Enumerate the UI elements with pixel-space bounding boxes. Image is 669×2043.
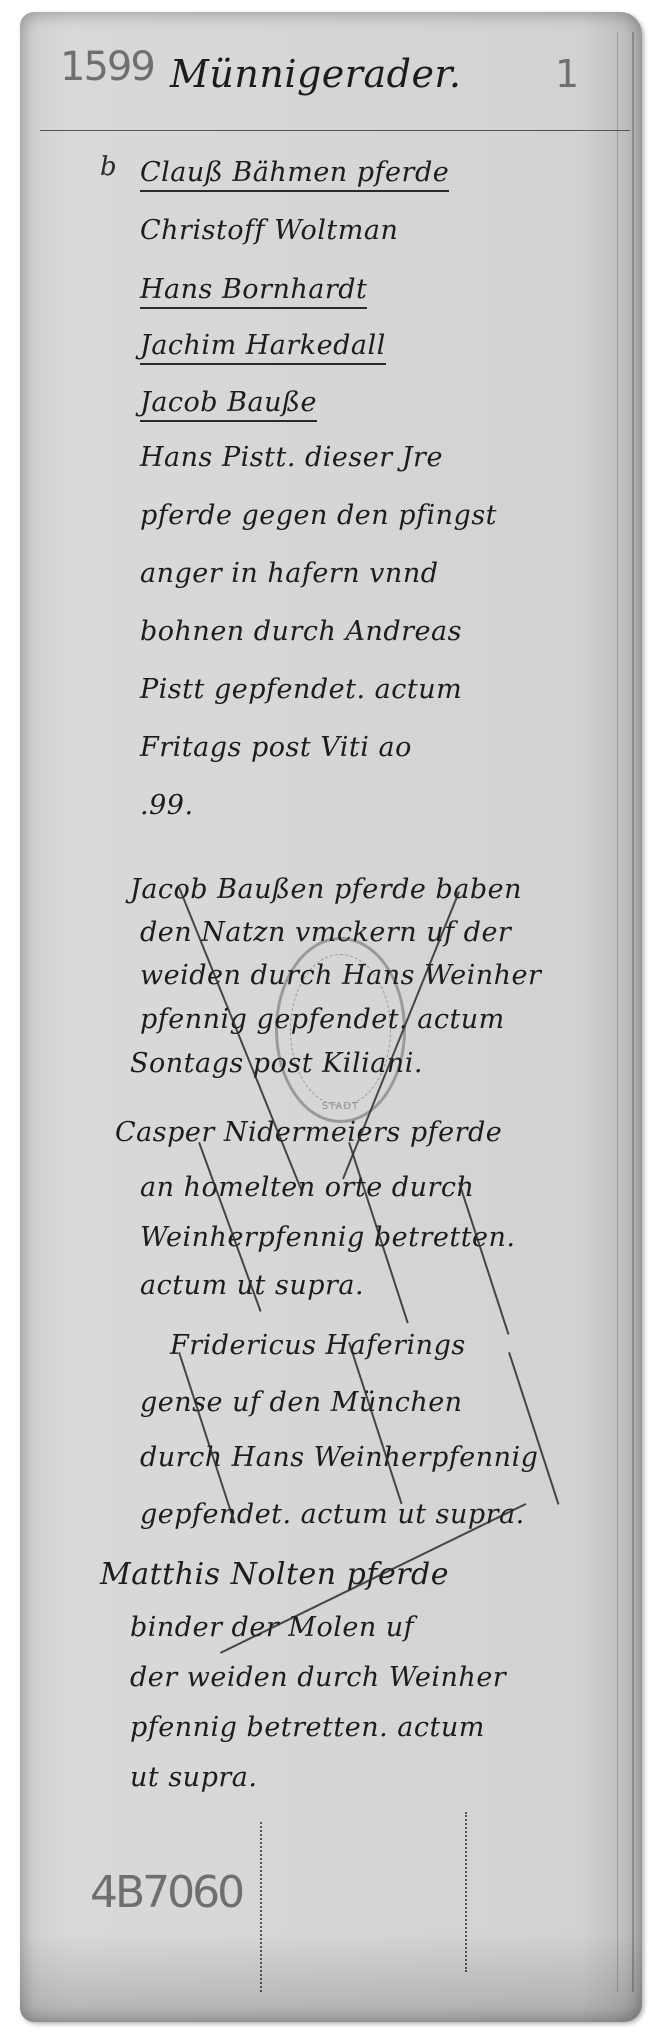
name-line: Christoff Woltman <box>140 215 398 246</box>
pencil-wavy-line <box>465 1812 475 1972</box>
entry-line: pfennig gepfendet. actum <box>140 1004 505 1035</box>
entry-line: den Natzn vmckern uf der <box>140 917 511 948</box>
entry-line: weiden durch Hans Weinher <box>140 960 541 991</box>
name-line: Clauß Bähmen pferde <box>140 157 449 192</box>
entry-line: Sontags post Kiliani. <box>130 1048 423 1079</box>
name-line: Jacob Bauße <box>140 387 317 422</box>
cancellation-stroke <box>509 1352 560 1505</box>
entry-line: Casper Nidermeiers pferde <box>115 1117 502 1148</box>
entry-line: pferde gegen den pfingst <box>140 500 497 531</box>
archive-number: 4B7060 <box>90 1867 242 1918</box>
header-rule <box>40 130 630 131</box>
entry-line: der weiden durch Weinher <box>130 1662 506 1693</box>
entry-line: gepfendet. actum ut supra. <box>140 1499 525 1530</box>
entry-line: Pistt gepfendet. actum <box>140 674 462 705</box>
stamp-text: STADT <box>278 1101 403 1112</box>
entry-line: Jacob Baußen pferde baben <box>130 874 522 905</box>
margin-mark: b <box>100 152 117 182</box>
entry-line: bohnen durch Andreas <box>140 616 462 647</box>
entry-line: Fritags post Viti ao <box>140 732 412 763</box>
year-annotation: 1599 <box>60 44 154 90</box>
entry-line: Hans Pistt. dieser Jre <box>140 442 443 473</box>
name-line: Jachim Harkedall <box>140 330 386 365</box>
entry-line: Matthis Nolten pferde <box>100 1557 449 1592</box>
cancellation-stroke <box>349 1342 403 1504</box>
page-edge <box>617 32 634 1992</box>
manuscript-page: 1599 Münnigerader. 1 b Clauß Bähmen pfer… <box>20 12 642 2022</box>
cancellation-stroke <box>179 1352 236 1524</box>
entry-line: an homelten orte durch <box>140 1172 474 1203</box>
entry-line: pfennig betretten. actum <box>130 1712 485 1743</box>
page-title: Münnigerader. <box>170 52 462 96</box>
entry-line: Fridericus Haferings <box>170 1330 466 1361</box>
entry-line: ut supra. <box>130 1762 257 1793</box>
entry-line: durch Hans Weinherpfennig <box>140 1442 538 1473</box>
folio-number: 1 <box>555 52 579 96</box>
entry-line: Weinherpfennig betretten. <box>140 1222 516 1253</box>
entry-line: gense uf den München <box>140 1387 463 1418</box>
entry-line: anger in hafern vnnd <box>140 558 439 589</box>
entry-line: .99. <box>140 790 194 821</box>
cancellation-stroke <box>459 1182 510 1335</box>
name-line: Hans Bornhardt <box>140 274 367 309</box>
pencil-wavy-line <box>260 1822 270 1992</box>
